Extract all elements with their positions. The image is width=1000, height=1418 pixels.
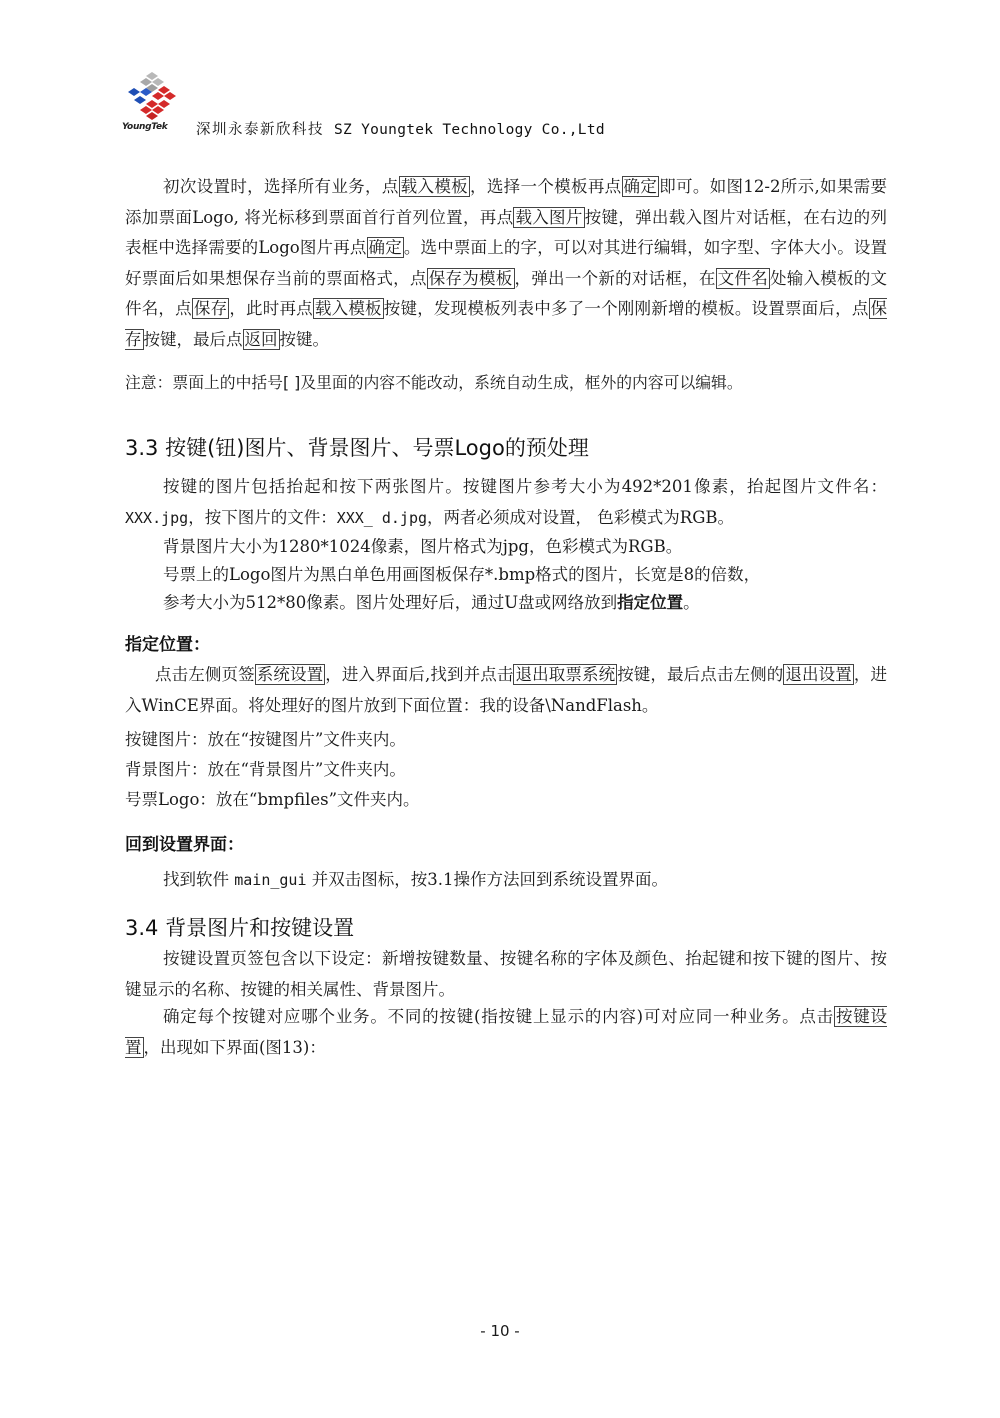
filename-down: XXX_ d.jpg [337,509,427,527]
ui-label-save: 保存 [192,298,229,319]
paragraph-return-instructions: 找到软件 main_gui 并双击图标，按3.1操作方法回到系统设置界面。 [163,866,668,890]
paragraph-button-mapping: 确定每个按键对应哪个业务。不同的按键(指按键上显示的内容)可对应同一种业务。点击… [125,1002,887,1063]
specified-location-emphasis: 指定位置 [617,593,683,612]
page-number: - 10 - [0,1322,1000,1340]
app-name: main_gui [234,871,306,889]
ui-label-confirm: 确定 [622,176,660,197]
company-name-en: SZ Youngtek Technology Co.,Ltd [334,122,605,138]
ui-label-load-template: 载入模板 [399,176,470,197]
paragraph-button-images: 按键的图片包括抬起和按下两张图片。按键图片参考大小为492*201像素，抬起图片… [125,472,887,533]
subheading-specified-location: 指定位置： [125,630,210,655]
ui-label-confirm: 确定 [367,237,404,258]
ui-label-exit-ticket-system: 退出取票系统 [513,664,617,685]
paragraph-logo-image-b: 参考大小为512*80像素。图片处理好后，通过U盘或网络放到指定位置。 [163,589,700,613]
ui-label-load-image: 载入图片 [513,207,584,228]
note-text: 注意：票面上的中括号[ ]及里面的内容不能改动，系统自动生成，框外的内容可以编辑… [125,370,743,393]
list-item-background-images: 背景图片：放在“背景图片”文件夹内。 [125,756,406,780]
list-item-logo-images: 号票Logo：放在“bmpfiles”文件夹内。 [125,786,420,810]
ui-label-return: 返回 [243,329,280,350]
section-heading-3-3: 3.3 按键(钮)图片、背景图片、号票Logo的预处理 [125,432,589,462]
paragraph-template-setup: 初次设置时，选择所有业务，点载入模板，选择一个模板再点确定即可。如图12-2所示… [125,172,887,355]
list-item-button-images: 按键图片：放在“按键图片”文件夹内。 [125,726,406,750]
logo-text: YoungTek [122,122,167,132]
ui-label-exit-settings: 退出设置 [783,664,854,685]
company-name-cn: 深圳永泰新欣科技 [196,122,324,138]
ui-label-file-name: 文件名 [716,268,770,289]
filename-up: XXX.jpg [125,509,188,527]
paragraph-logo-image-a: 号票上的Logo图片为黑白单色用画图板保存*.bmp格式的图片，长宽是8的倍数， [163,561,760,585]
page-header: YoungTek 深圳永泰新欣科技SZ Youngtek Technology … [120,70,680,140]
paragraph-exit-instructions: 点击左侧页签系统设置，进入界面后,找到并点击退出取票系统按键，最后点击左侧的退出… [125,660,887,721]
ui-label-system-settings: 系统设置 [255,664,326,685]
company-name: 深圳永泰新欣科技SZ Youngtek Technology Co.,Ltd [196,118,605,139]
subheading-return-to-settings: 回到设置界面： [125,830,244,855]
ui-label-load-template: 载入模板 [313,298,384,319]
paragraph-button-settings: 按键设置页签包含以下设定：新增按键数量、按键名称的字体及颜色、抬起键和按下键的图… [125,944,887,1005]
paragraph-background-image: 背景图片大小为1280*1024像素，图片格式为jpg，色彩模式为RGB。 [163,533,682,557]
section-heading-3-4: 3.4 背景图片和按键设置 [125,912,354,942]
ui-label-save-as-template: 保存为模板 [427,268,515,289]
